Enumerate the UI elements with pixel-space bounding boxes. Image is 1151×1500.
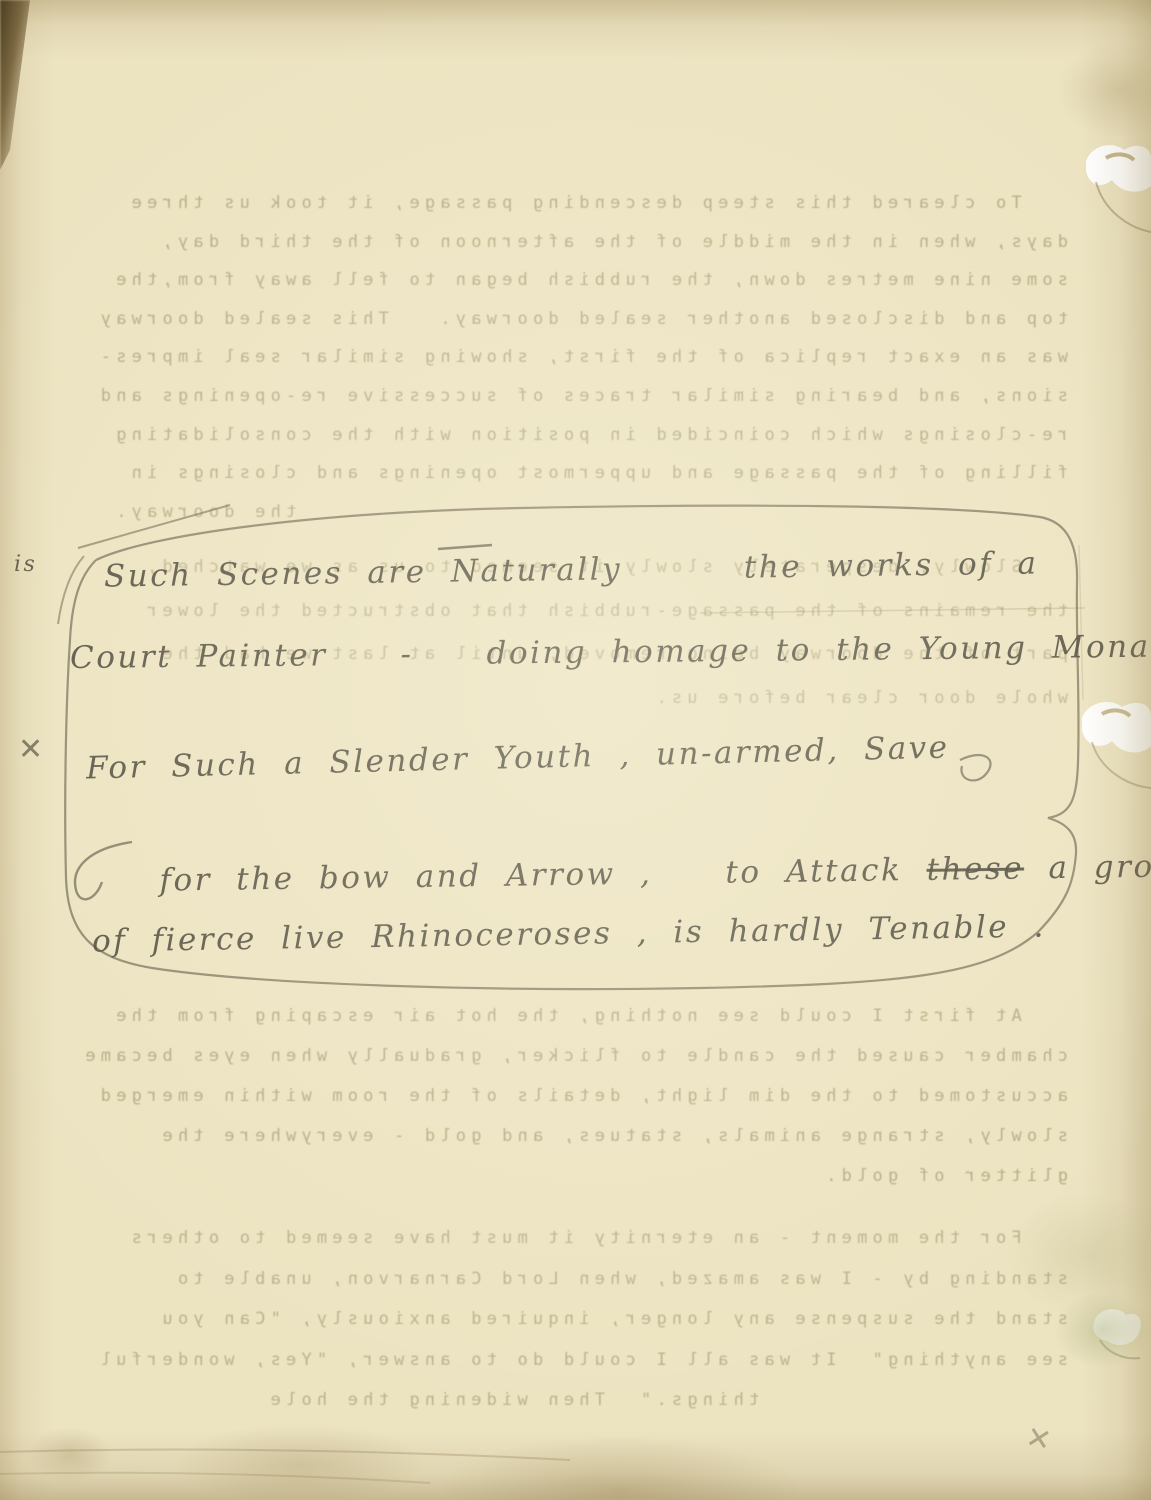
pencil-x-mark-left-margin: ✕ [18,732,43,767]
typed-paragraph-1: To cleared this steep descending passage… [85,184,1068,531]
paper-crease [700,608,1085,613]
typed-line: the doorway. [85,493,1068,532]
typed-line: re-closings which coincided in position … [85,416,1068,455]
typed-line: filling of the passage and uppermost ope… [85,454,1068,493]
typed-line: slowly, strange animals, statues, and go… [85,1116,1068,1156]
pencil-overline-naturally [438,545,492,549]
typed-paragraph-4: For the moment - an eternity it must hav… [85,1218,1068,1421]
typed-line: see anything" It was all I could do to a… [85,1340,1068,1381]
handwritten-line-1: Such Scenes are Naturally the works of a [104,545,1039,594]
punch-hole-bottom [1093,1309,1140,1345]
handwritten-line-4-pre: for the bow and Arrow , to Attack [159,852,927,899]
typed-line: days, when in the middle of the afternoo… [85,223,1068,262]
handwritten-line-4-post: a group [1024,848,1151,886]
typed-line: accustomed to the dim light, details of … [85,1076,1068,1116]
typed-line: At first I could see nothing, the hot ai… [85,996,1068,1036]
punch-hole-middle-flap [1102,710,1130,716]
typed-line: top and disclosed another sealed doorway… [85,300,1068,339]
typed-line: glitter of gold. [85,1156,1068,1196]
typed-line: whole door clear before us. [85,677,1068,721]
typed-line: was an exact replica of the first, showi… [85,338,1068,377]
punch-hole-top-tear [1096,182,1151,232]
pencil-x-mark-bottom-right: ✕ [1023,1420,1055,1459]
typed-line: sions, and bearing similar traces of suc… [85,377,1068,416]
paper-crease [0,1473,430,1483]
punch-hole-middle-tear [1092,742,1151,788]
typed-line: stand the suspense any longer, inquired … [85,1299,1068,1340]
paper-corner-shadow [0,0,34,170]
manuscript-page: To cleared this steep descending passage… [0,0,1151,1500]
pencil-slash [58,556,84,624]
paper-crease [0,1450,570,1460]
margin-note-is: is [14,552,37,577]
typed-line: the remains of the passage-rubbish that … [85,590,1068,634]
pencil-stroke-top-left [78,505,230,548]
typed-line: standing by - I was amazed, when Lord Ca… [85,1259,1068,1300]
paper-crease [1079,545,1083,700]
punch-hole-middle [1082,702,1151,753]
handwritten-line-3: For Such a Slender Youth , un-armed, Sav… [86,729,950,786]
typed-line: things." Then widening the hole [85,1380,1068,1421]
handwritten-struck-word: these [926,851,1024,888]
handwritten-line-2: Court Painter - doing homage to the Youn… [70,628,1151,676]
pencil-flourish-save [960,755,991,780]
typed-paragraph-3: At first I could see nothing, the hot ai… [85,996,1068,1196]
punch-hole-bottom-tear [1100,1340,1140,1358]
typed-line: To cleared this steep descending passage… [85,184,1068,223]
punch-hole-top-flap [1106,154,1134,160]
punch-hole-top [1086,145,1151,192]
typed-line: chamber caused the candle to flicker, gr… [85,1036,1068,1076]
typed-line: some nine metres down, the rubbish began… [85,261,1068,300]
typed-line: For the moment - an eternity it must hav… [85,1218,1068,1259]
